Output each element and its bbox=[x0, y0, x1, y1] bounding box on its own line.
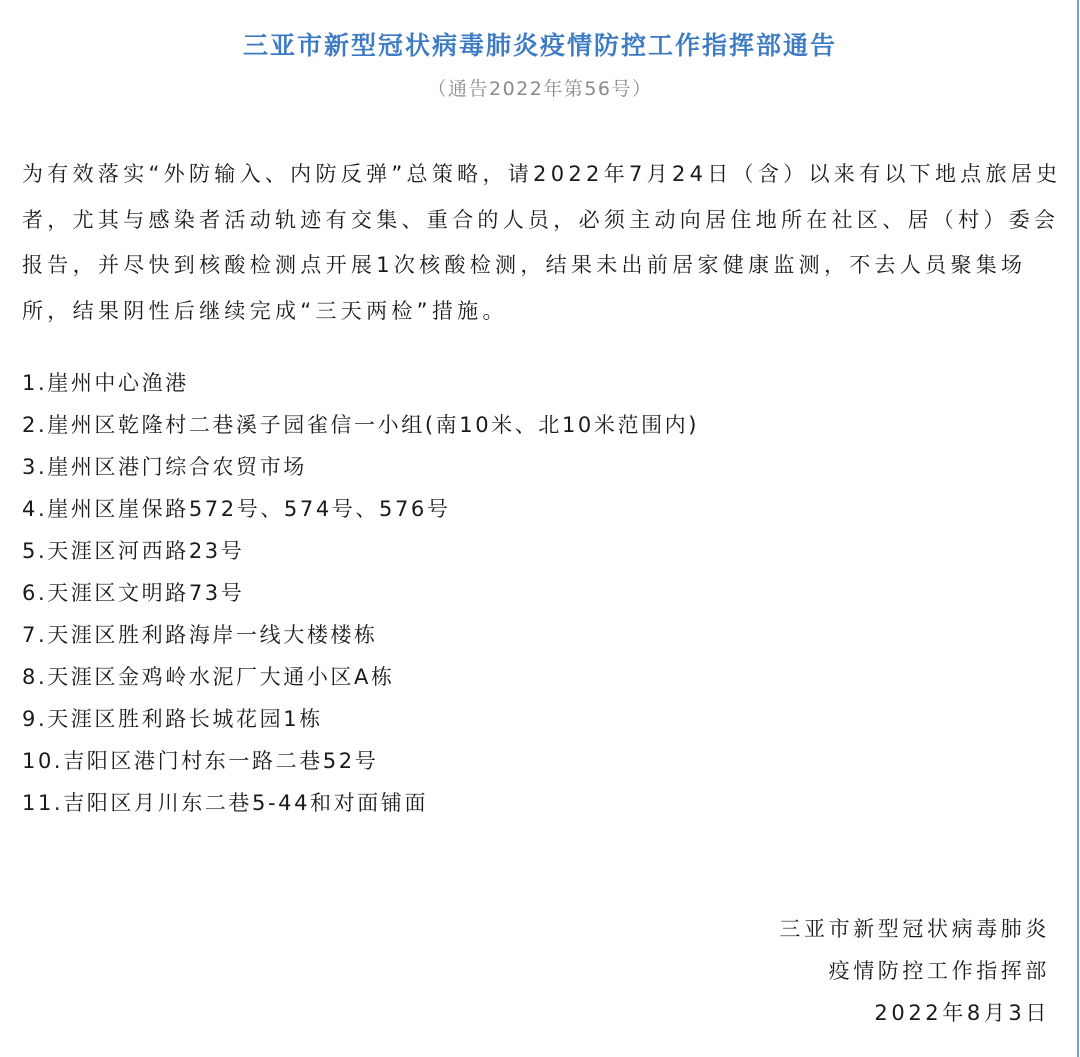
location-item: 3.崖州区港门综合农贸市场 bbox=[22, 446, 1062, 488]
location-item: 9.天涯区胜利路长城花园1栋 bbox=[22, 698, 1062, 740]
signature-block: 三亚市新型冠状病毒肺炎 疫情防控工作指挥部 2022年8月3日 bbox=[779, 908, 1050, 1034]
signature-issuer-line2: 疫情防控工作指挥部 bbox=[779, 950, 1050, 992]
signature-issuer-line1: 三亚市新型冠状病毒肺炎 bbox=[779, 908, 1050, 950]
location-item: 8.天涯区金鸡岭水泥厂大通小区A栋 bbox=[22, 656, 1062, 698]
notice-title: 三亚市新型冠状病毒肺炎疫情防控工作指挥部通告 bbox=[0, 26, 1080, 62]
location-item: 5.天涯区河西路23号 bbox=[22, 530, 1062, 572]
location-item: 11.吉阳区月川东二巷5-44和对面铺面 bbox=[22, 782, 1062, 824]
signature-date: 2022年8月3日 bbox=[779, 992, 1050, 1034]
location-item: 4.崖州区崖保路572号、574号、576号 bbox=[22, 488, 1062, 530]
location-list: 1.崖州中心渔港 2.崖州区乾隆村二巷溪子园雀信一小组(南10米、北10米范围内… bbox=[22, 362, 1062, 824]
notice-intro-paragraph: 为有效落实“外防输入、内防反弹”总策略，请2022年7月24日（含）以来有以下地… bbox=[22, 152, 1062, 334]
location-item: 1.崖州中心渔港 bbox=[22, 362, 1062, 404]
location-item: 6.天涯区文明路73号 bbox=[22, 572, 1062, 614]
notice-number: （通告2022年第56号） bbox=[0, 74, 1080, 101]
right-edge-divider bbox=[1077, 0, 1079, 1057]
location-item: 10.吉阳区港门村东一路二巷52号 bbox=[22, 740, 1062, 782]
location-item: 7.天涯区胜利路海岸一线大楼楼栋 bbox=[22, 614, 1062, 656]
location-item: 2.崖州区乾隆村二巷溪子园雀信一小组(南10米、北10米范围内) bbox=[22, 404, 1062, 446]
